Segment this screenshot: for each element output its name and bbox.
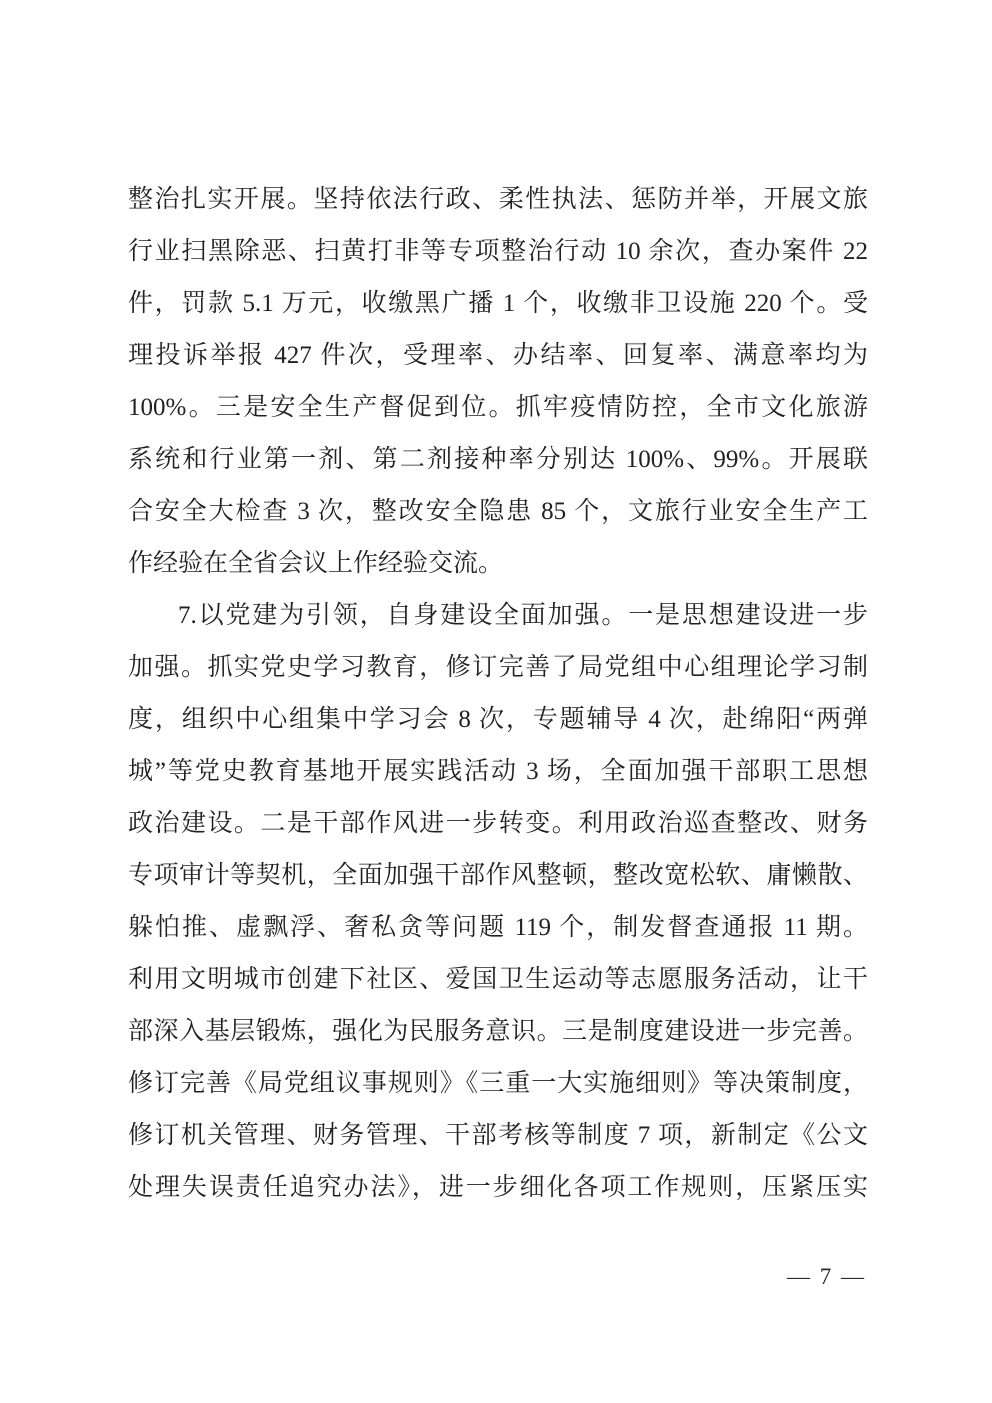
text-line: 度，组织中心组集中学习会 8 次，专题辅导 4 次，赴绵阳“两弹	[128, 694, 868, 746]
text-line: 系统和行业第一剂、第二剂接种率分别达 100%、99%。开展联	[128, 434, 868, 486]
text-line: 行业扫黑除恶、扫黄打非等专项整治行动 10 余次，查办案件 22	[128, 226, 868, 278]
page-number: — 7 —	[787, 1262, 866, 1292]
text-line: 修订机关管理、财务管理、干部考核等制度 7 项，新制定《公文	[128, 1110, 868, 1162]
document-body: 整治扎实开展。坚持依法行政、柔性执法、惩防并举，开展文旅 行业扫黑除恶、扫黄打非…	[128, 174, 868, 1214]
text-line: 政治建设。二是干部作风进一步转变。利用政治巡查整改、财务	[128, 798, 868, 850]
text-line: 修订完善《局党组议事规则》《三重一大实施细则》等决策制度，	[128, 1058, 868, 1110]
text-line-paragraph-start: 7.以党建为引领，自身建设全面加强。一是思想建设进一步	[128, 590, 868, 642]
text-line: 部深入基层锻炼，强化为民服务意识。三是制度建设进一步完善。	[128, 1006, 868, 1058]
text-line: 合安全大检查 3 次，整改安全隐患 85 个，文旅行业安全生产工	[128, 486, 868, 538]
text-line: 利用文明城市创建下社区、爱国卫生运动等志愿服务活动，让干	[128, 954, 868, 1006]
document-page: 整治扎实开展。坚持依法行政、柔性执法、惩防并举，开展文旅 行业扫黑除恶、扫黄打非…	[0, 0, 992, 1403]
text-line: 躲怕推、虚飘浮、奢私贪等问题 119 个，制发督查通报 11 期。	[128, 902, 868, 954]
text-line: 理投诉举报 427 件次，受理率、办结率、回复率、满意率均为	[128, 330, 868, 382]
text-line: 城”等党史教育基地开展实践活动 3 场，全面加强干部职工思想	[128, 746, 868, 798]
text-line: 加强。抓实党史学习教育，修订完善了局党组中心组理论学习制	[128, 642, 868, 694]
text-line: 件，罚款 5.1 万元，收缴黑广播 1 个，收缴非卫设施 220 个。受	[128, 278, 868, 330]
text-line: 处理失误责任追究办法》，进一步细化各项工作规则，压紧压实	[128, 1162, 868, 1214]
text-line: 100%。三是安全生产督促到位。抓牢疫情防控，全市文化旅游	[128, 382, 868, 434]
text-line: 专项审计等契机，全面加强干部作风整顿，整改宽松软、庸懒散、	[128, 850, 868, 902]
text-line-paragraph-end: 作经验在全省会议上作经验交流。	[128, 538, 868, 590]
text-line: 整治扎实开展。坚持依法行政、柔性执法、惩防并举，开展文旅	[128, 174, 868, 226]
